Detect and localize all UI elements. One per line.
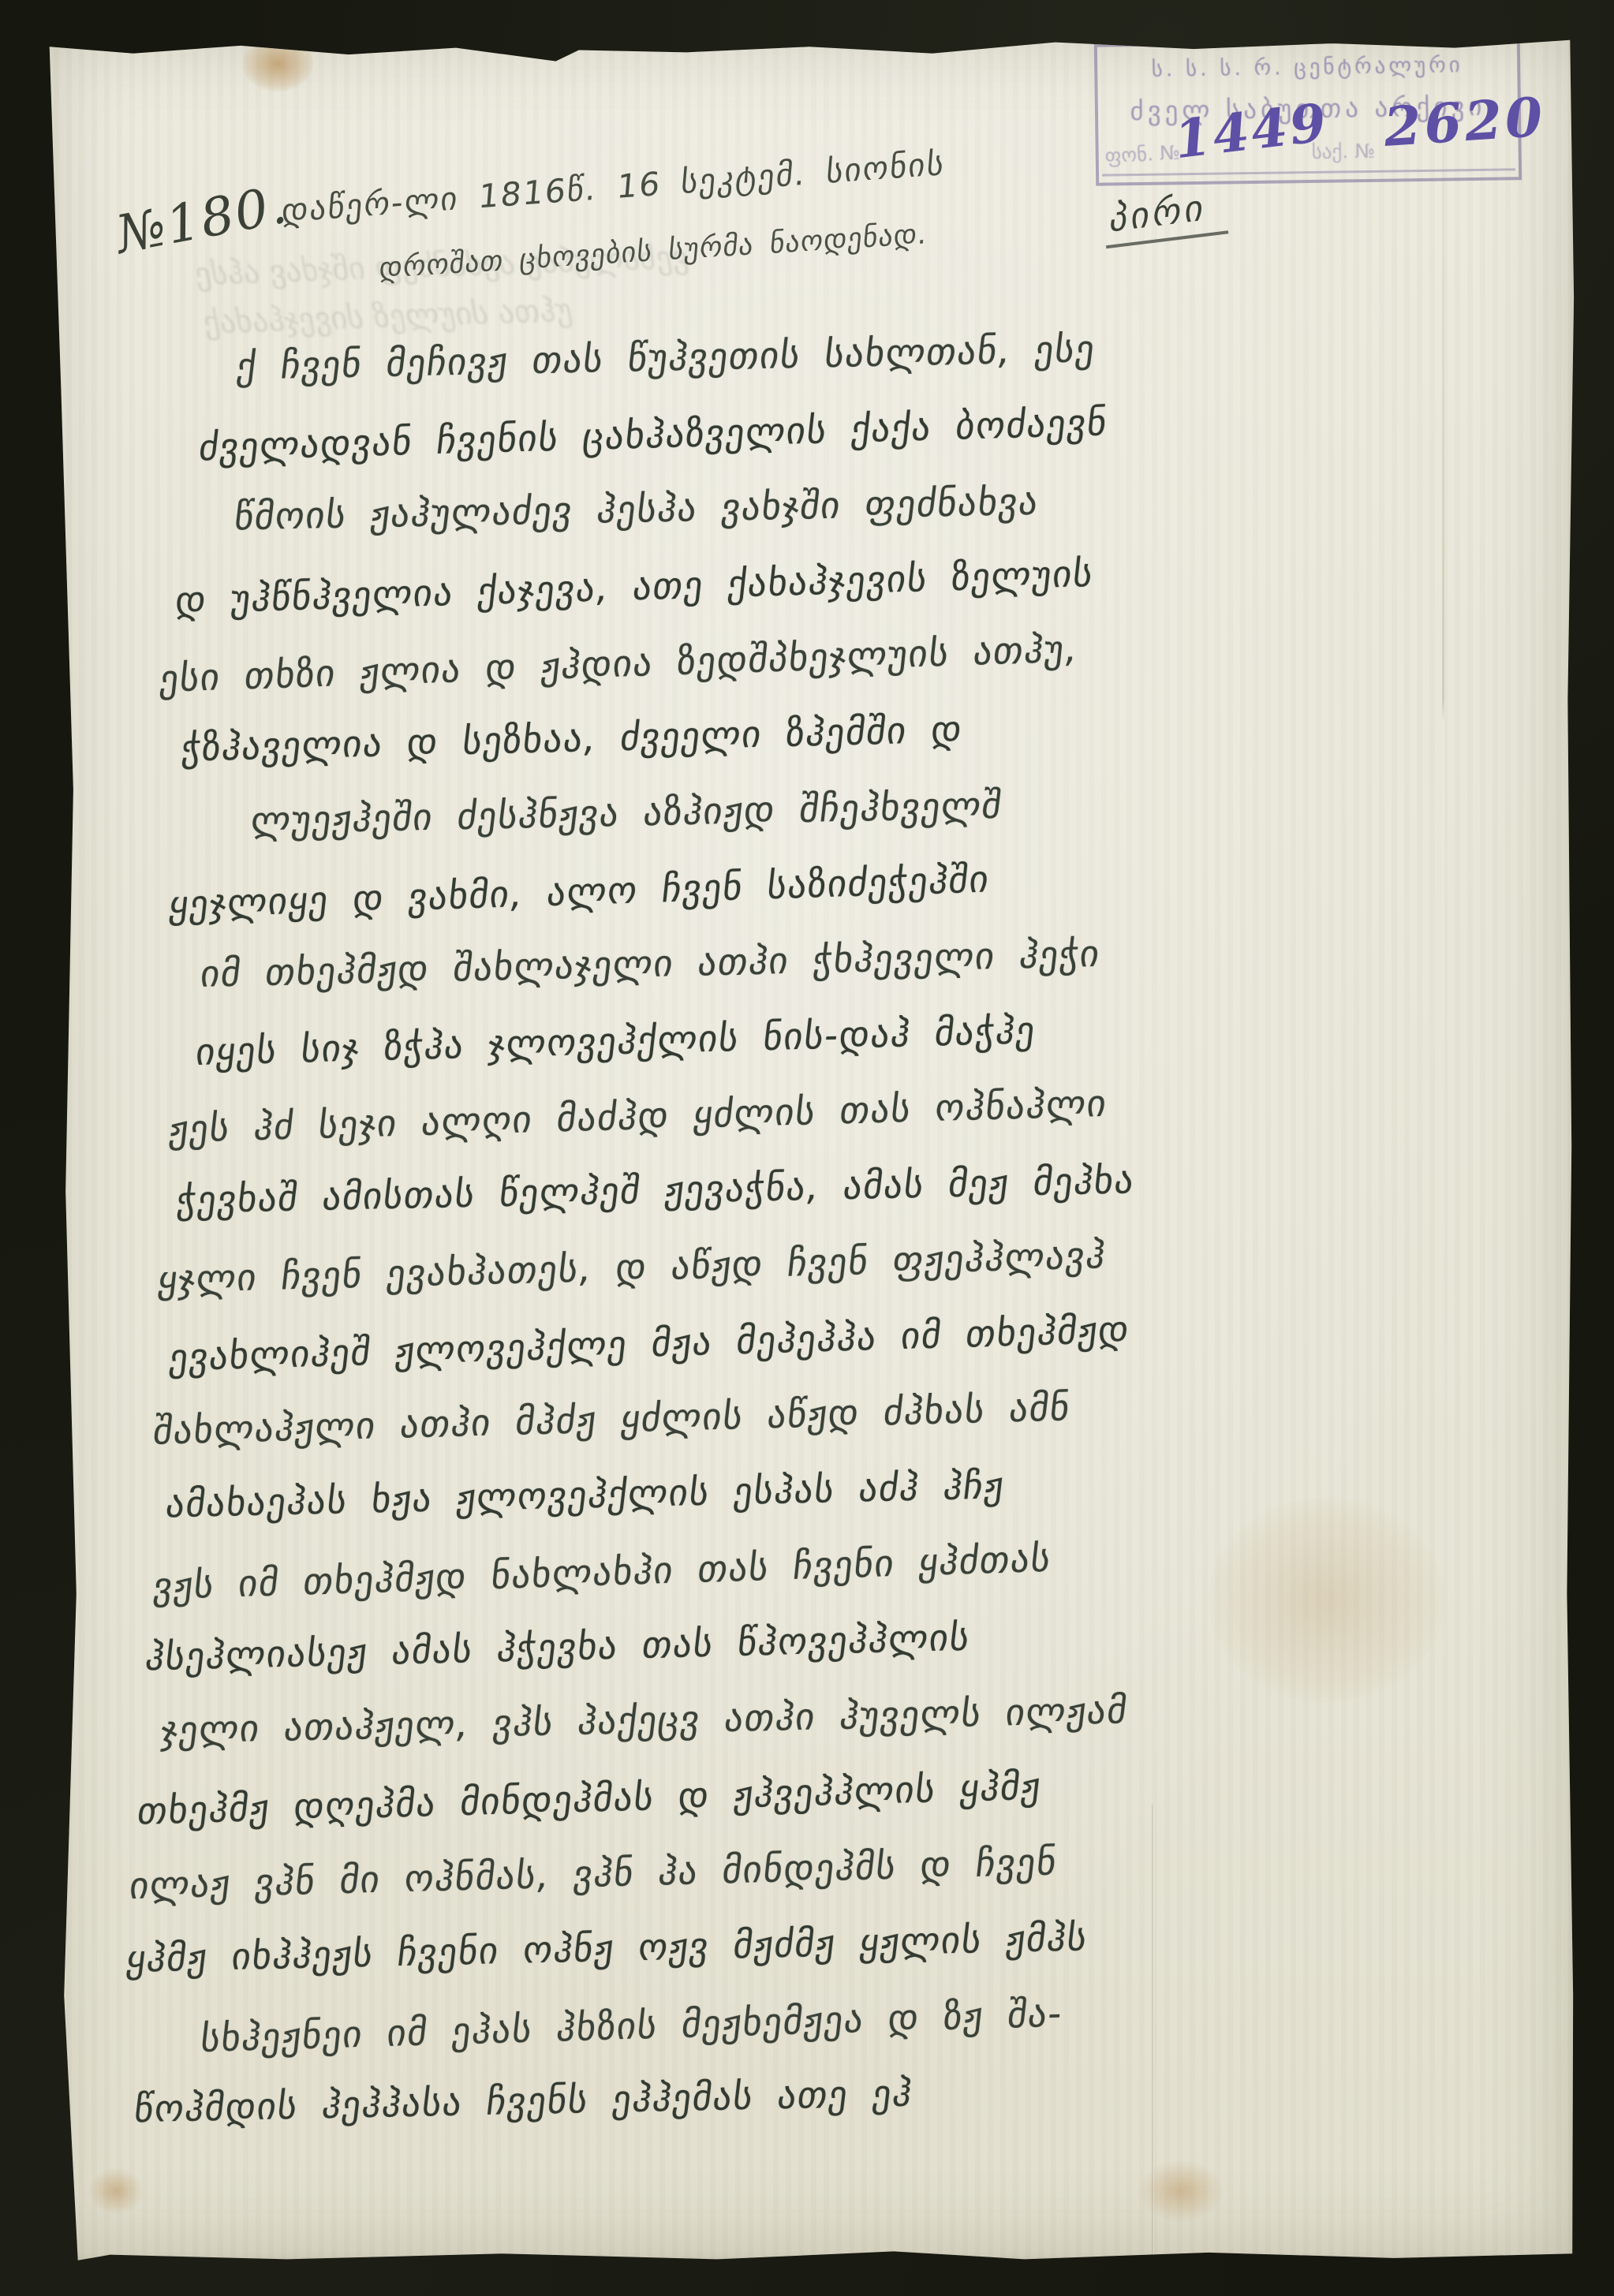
manuscript-paper-sheet: ესჰა ვახჯში ფეძნახვა ჟაჰულაძევ ქახაჰჯევი… <box>41 30 1578 2264</box>
document-number: №180. <box>111 174 293 265</box>
paper-stain-top <box>242 36 313 91</box>
header-date-line: დაწერ-ლი 1816წ. 16 სეკტემ. სიონის <box>280 144 947 230</box>
line-text: წოჰმდის ჰეჰჰასა ჩვენს ეჰჰემას ათე ეჰ <box>129 2055 917 2148</box>
archive-stamp: ს. ს. ს. რ. ცენტრალური ძველ საბუთთა არქი… <box>1094 38 1522 186</box>
stamp-case-number: 2620 <box>1382 86 1548 159</box>
manuscript-body: ქ ჩვენ მეჩივჟ თას წუჰვეთის სახლთან, ესე … <box>41 315 1578 2133</box>
stamp-case-label: საქ. № <box>1312 140 1376 163</box>
stamp-fond-label: ფონ. № <box>1104 141 1181 168</box>
paper-stain-bottom-left <box>88 2167 144 2215</box>
paper-stain-bottom-right <box>1138 2160 1224 2223</box>
header-subtitle-line: დროშათ ცხოვების სურმა ნაოდენად. <box>378 218 929 285</box>
stamp-institution-line: ს. ს. ს. რ. ცენტრალური <box>1097 52 1517 82</box>
scanned-manuscript-page: { "header": { "number": "№180.", "line1"… <box>0 0 1614 2296</box>
